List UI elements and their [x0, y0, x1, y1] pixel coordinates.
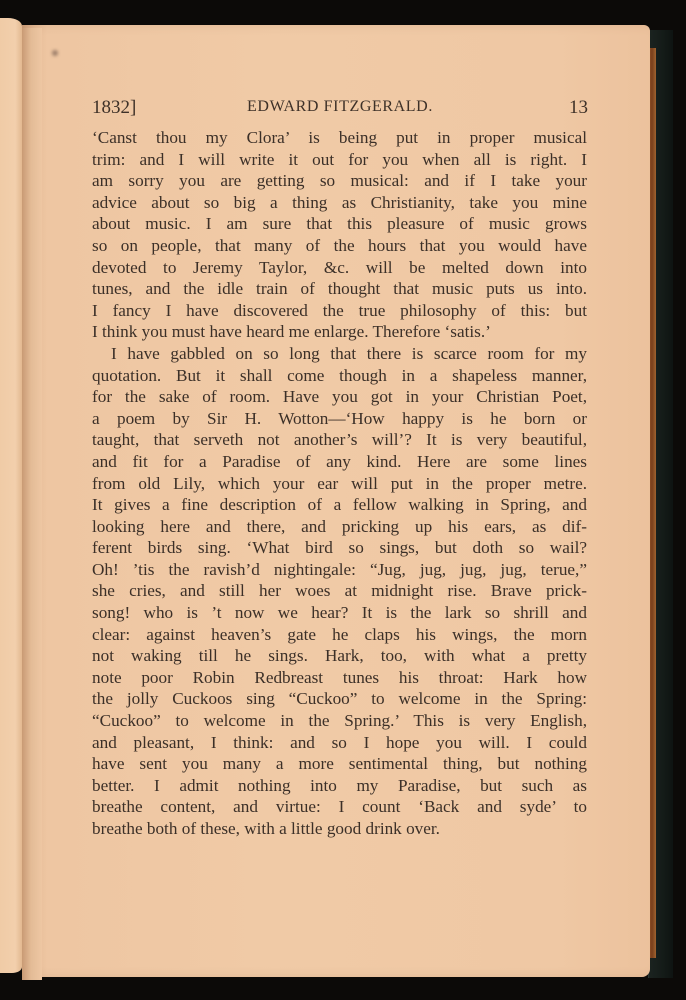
text-line: breathe content, and virtue: I count ‘Ba… — [92, 796, 587, 818]
paper-spot — [52, 50, 58, 56]
text-line: ferent birds sing. ‘What bird so sings, … — [92, 537, 587, 559]
text-line: have sent you many a more sentimental th… — [92, 753, 587, 775]
text-line: not waking till he sings. Hark, too, wit… — [92, 645, 587, 667]
text-line: I have gabbled on so long that there is … — [92, 343, 587, 365]
text-line: ‘Canst thou my Clora’ is being put in pr… — [92, 127, 587, 149]
text-line: and fit for a Paradise of any kind. Here… — [92, 451, 587, 473]
text-line: for the sake of room. Have you got in yo… — [92, 386, 587, 408]
text-line: from old Lily, which your ear will put i… — [92, 473, 587, 495]
text-line: devoted to Jeremy Taylor, &c. will be me… — [92, 257, 587, 279]
text-line: note poor Robin Redbreast tunes his thro… — [92, 667, 587, 689]
text-line: clear: against heaven’s gate he claps hi… — [92, 624, 587, 646]
text-line: trim: and I will write it out for you wh… — [92, 149, 587, 171]
page-gutter — [22, 28, 42, 980]
text-line: looking here and there, and pricking up … — [92, 516, 587, 538]
text-line: better. I admit nothing into my Paradise… — [92, 775, 587, 797]
text-line: breathe both of these, with a little goo… — [92, 818, 587, 840]
paragraph: I have gabbled on so long that there is … — [92, 343, 587, 840]
text-line: am sorry you are getting so musical: and… — [92, 170, 587, 192]
paragraph: ‘Canst thou my Clora’ is being put in pr… — [92, 127, 587, 343]
book-photo: 1832] EDWARD FITZGERALD. 13 ‘Canst thou … — [0, 0, 686, 1000]
text-line: I think you must have heard me enlarge. … — [92, 321, 587, 343]
facing-page-edge — [0, 18, 22, 973]
page-number: 13 — [569, 97, 588, 119]
text-line: It gives a fine description of a fellow … — [92, 494, 587, 516]
text-line: the jolly Cuckoos sing “Cuckoo” to welco… — [92, 688, 587, 710]
text-line: quotation. But it shall come though in a… — [92, 365, 587, 387]
header-title: EDWARD FITZGERALD. — [92, 98, 588, 116]
text-line: Oh! ’tis the ravish’d nightingale: “Jug,… — [92, 559, 587, 581]
text-line: a poem by Sir H. Wotton—‘How happy is he… — [92, 408, 587, 430]
text-line: taught, that serveth not another’s will’… — [92, 429, 587, 451]
text-line: advice about so big a thing as Christian… — [92, 192, 587, 214]
text-line: she cries, and still her woes at midnigh… — [92, 580, 587, 602]
body-text: ‘Canst thou my Clora’ is being put in pr… — [92, 127, 587, 840]
text-line: tunes, and the idle train of thought tha… — [92, 278, 587, 300]
text-line: and pleasant, I think: and so I hope you… — [92, 732, 587, 754]
running-header: 1832] EDWARD FITZGERALD. 13 — [92, 97, 588, 121]
text-line: “Cuckoo” to welcome in the Spring.’ This… — [92, 710, 587, 732]
text-line: about music. I am sure that this pleasur… — [92, 213, 587, 235]
text-line: so on people, that many of the hours tha… — [92, 235, 587, 257]
text-line: song! who is ’t now we hear? It is the l… — [92, 602, 587, 624]
text-line: I fancy I have discovered the true philo… — [92, 300, 587, 322]
